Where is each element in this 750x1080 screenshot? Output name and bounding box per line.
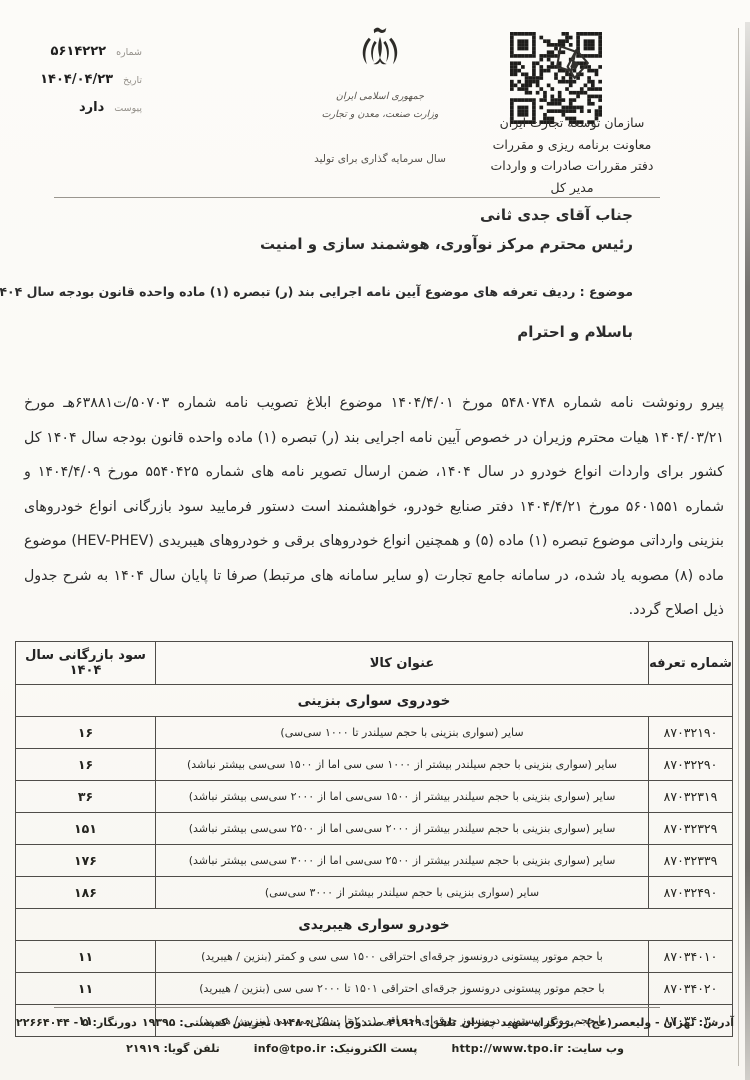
org-name: سازمان توسعه تجارت ایران (452, 112, 692, 134)
table-row: ۸۷۰۳۲۱۹۰سایر (سواری بنزینی با حجم سیلندر… (16, 717, 733, 749)
header-divider (54, 197, 660, 198)
goods-title-cell: سایر (سواری بنزینی با حجم سیلندر تا ۱۰۰۰… (156, 717, 649, 749)
salutation: باسلام و احترام (517, 323, 633, 341)
footer-item-label: پست الکترونیک: (330, 1042, 418, 1055)
letter-body: پیرو رونوشت نامه شماره ۵۴۸۰۷۴۸ مورخ ۱۴۰۴… (24, 386, 724, 628)
footer-item-label: تلفن گویا: (164, 1042, 220, 1055)
footer-item: تلفن گویا: ۲۱۹۱۹ (126, 1042, 220, 1055)
profit-cell: ۱۸۶ (16, 877, 156, 909)
tariff-code-cell: ۸۷۰۳۲۳۱۹ (649, 781, 733, 813)
tariff-code-cell: ۸۷۰۳۲۳۳۹ (649, 845, 733, 877)
footer-item-label: آدرس: (699, 1016, 734, 1029)
profit-cell: ۱۱ (16, 941, 156, 973)
goods-title-cell: سایر (سواری بنزینی با حجم سیلندر بیشتر ا… (156, 781, 649, 813)
footer-address-line: آدرس: تهران - ولیعصر(عج) - بزرگراه شهید … (16, 1016, 734, 1029)
footer-item-label: تلفن: (425, 1016, 456, 1029)
footer-item: آدرس: تهران - ولیعصر(عج) - بزرگراه شهید … (461, 1016, 734, 1029)
header-tariff-code: شماره تعرفه (649, 642, 733, 685)
goods-title-cell: سایر (سواری بنزینی با حجم سیلندر بیشتر ا… (156, 845, 649, 877)
scanned-letter-page: شماره ۵۶۱۴۲۲۲ تاریخ ۱۴۰۴/۰۴/۲۳ پیوست دار… (0, 0, 750, 1080)
letter-date-value: ۱۴۰۴/۰۴/۲۳ (40, 72, 113, 87)
goods-title-cell: سایر (سواری بنزینی با حجم سیلندر بیشتر ا… (156, 749, 649, 781)
year-slogan: سال سرمایه گذاری برای تولید (295, 153, 465, 165)
tariff-code-cell: ۸۷۰۳۲۱۹۰ (649, 717, 733, 749)
profit-cell: ۳۶ (16, 781, 156, 813)
svg-text:Trade Promotion Organization o: Trade Promotion Organization of Iran • س… (528, 20, 531, 22)
letter-number-label: شماره (116, 47, 142, 58)
emblem-caption-country: جمهوری اسلامی ایران (305, 89, 455, 104)
footer-contact-line: وب سایت: http://www.tpo.irپست الکترونیک:… (16, 1042, 734, 1055)
goods-title-cell: با حجم موتور پیستونی درونسوز جرقه‌ای احت… (156, 973, 649, 1005)
letter-attachment-row: پیوست دارد (18, 100, 142, 115)
recipient-title: رئیس محترم مرکز نوآوری، هوشمند سازی و ام… (260, 235, 633, 253)
table-row: ۸۷۰۳۲۳۲۹سایر (سواری بنزینی با حجم سیلندر… (16, 813, 733, 845)
recipient-name: جناب آقای جدی ثانی (260, 206, 633, 224)
letter-number-value: ۵۶۱۴۲۲۲ (51, 44, 107, 59)
header-goods-title: عنوان کالا (156, 642, 649, 685)
footer-item-value: ۱۱۴۸ تجریش (233, 1016, 302, 1029)
scan-edge-shadow (745, 22, 750, 1080)
header-trade-profit: سود بازرگانی سال ۱۴۰۴ (16, 642, 156, 685)
org-office: دفتر مقررات صادرات و واردات (452, 155, 692, 177)
org-director: مدیر کل (452, 177, 692, 199)
table-header-row: شماره تعرفه عنوان کالا سود بازرگانی سال … (16, 642, 733, 685)
letter-meta-block: شماره ۵۶۱۴۲۲۲ تاریخ ۱۴۰۴/۰۴/۲۳ پیوست دار… (18, 44, 142, 128)
scan-edge-line (738, 28, 739, 1066)
section-label: خودروی سواری بنزینی (16, 685, 733, 717)
tariff-table: شماره تعرفه عنوان کالا سود بازرگانی سال … (15, 641, 733, 1037)
recipient-block: جناب آقای جدی ثانی رئیس محترم مرکز نوآور… (260, 206, 633, 253)
footer-item-label: دورنگار: (93, 1016, 137, 1029)
goods-title-cell: با حجم موتور پیستونی درونسوز جرقه‌ای احت… (156, 941, 649, 973)
footer-item-value: ۲۱۹۱۹ (126, 1042, 160, 1055)
table-row: ۸۷۰۳۲۲۹۰سایر (سواری بنزینی با حجم سیلندر… (16, 749, 733, 781)
footer-item-label: کدپستی: (179, 1016, 227, 1029)
letter-date-row: تاریخ ۱۴۰۴/۰۴/۲۳ (18, 72, 142, 87)
footer-item-label: وب سایت: (567, 1042, 624, 1055)
table-row: ۸۷۰۳۲۳۳۹سایر (سواری بنزینی با حجم سیلندر… (16, 845, 733, 877)
tpo-logo-icon: Trade Promotion Organization of Iran • س… (528, 20, 616, 108)
footer-item[interactable]: وب سایت: http://www.tpo.ir (451, 1042, 623, 1055)
section-row: خودروی سواری بنزینی (16, 685, 733, 717)
org-deputy: معاونت برنامه ریزی و مقررات (452, 134, 692, 156)
profit-cell: ۱۶ (16, 717, 156, 749)
tariff-code-cell: ۸۷۰۳۲۲۹۰ (649, 749, 733, 781)
tariff-code-cell: ۸۷۰۳۴۰۲۰ (649, 973, 733, 1005)
section-row: خودرو سواری هیبریدی (16, 909, 733, 941)
letter-number-row: شماره ۵۶۱۴۲۲۲ (18, 44, 142, 59)
footer-item-value: ۵ - ۲۲۶۶۴۰۴۴ (16, 1016, 89, 1029)
letter-attachment-value: دارد (79, 100, 104, 115)
footer-item-link[interactable]: info@tpo.ir (254, 1042, 326, 1055)
footer-item-label: صندوق پستی: (306, 1016, 383, 1029)
table-row: ۸۷۰۳۴۰۲۰با حجم موتور پیستونی درونسوز جرق… (16, 973, 733, 1005)
footer-item-value: تهران - ولیعصر(عج) - بزرگراه شهید چمران (461, 1016, 694, 1029)
goods-title-cell: سایر (سواری بنزینی با حجم سیلندر بیشتر ا… (156, 877, 649, 909)
organization-block: Trade Promotion Organization of Iran • س… (452, 20, 692, 198)
footer-item[interactable]: پست الکترونیک: info@tpo.ir (254, 1042, 418, 1055)
letter-date-label: تاریخ (123, 75, 142, 86)
footer-item-value: ۱۹۳۹۵ (142, 1016, 176, 1029)
profit-cell: ۱۷۶ (16, 845, 156, 877)
table-row: ۸۷۰۳۴۰۱۰با حجم موتور پیستونی درونسوز جرق… (16, 941, 733, 973)
table-row: ۸۷۰۳۲۳۱۹سایر (سواری بنزینی با حجم سیلندر… (16, 781, 733, 813)
emblem-caption-ministry: وزارت صنعت، معدن و تجارت (305, 107, 455, 122)
profit-cell: ۱۱ (16, 973, 156, 1005)
letter-attachment-label: پیوست (114, 103, 142, 114)
table-row: ۸۷۰۳۲۴۹۰سایر (سواری بنزینی با حجم سیلندر… (16, 877, 733, 909)
footer-item: تلفن: ۲۱۹۱۹ (388, 1016, 456, 1029)
footer-item: صندوق پستی: ۱۱۴۸ تجریش (233, 1016, 383, 1029)
footer-divider (54, 1007, 660, 1008)
profit-cell: ۱۵۱ (16, 813, 156, 845)
footer-item-value: ۲۱۹۱۹ (388, 1016, 422, 1029)
footer-item: کدپستی: ۱۹۳۹۵ (142, 1016, 228, 1029)
footer-item: دورنگار: ۵ - ۲۲۶۶۴۰۴۴ (16, 1016, 137, 1029)
tariff-code-cell: ۸۷۰۳۲۴۹۰ (649, 877, 733, 909)
subject-line: موضوع : ردیف تعرفه های موضوع آیین نامه ا… (14, 284, 633, 299)
ministry-emblem-block: جمهوری اسلامی ایران وزارت صنعت، معدن و ت… (305, 24, 455, 122)
tariff-code-cell: ۸۷۰۳۲۳۲۹ (649, 813, 733, 845)
section-label: خودرو سواری هیبریدی (16, 909, 733, 941)
goods-title-cell: سایر (سواری بنزینی با حجم سیلندر بیشتر ا… (156, 813, 649, 845)
footer-item-link[interactable]: http://www.tpo.ir (451, 1042, 563, 1055)
iran-emblem-icon (354, 24, 406, 82)
tariff-code-cell: ۸۷۰۳۴۰۱۰ (649, 941, 733, 973)
profit-cell: ۱۶ (16, 749, 156, 781)
